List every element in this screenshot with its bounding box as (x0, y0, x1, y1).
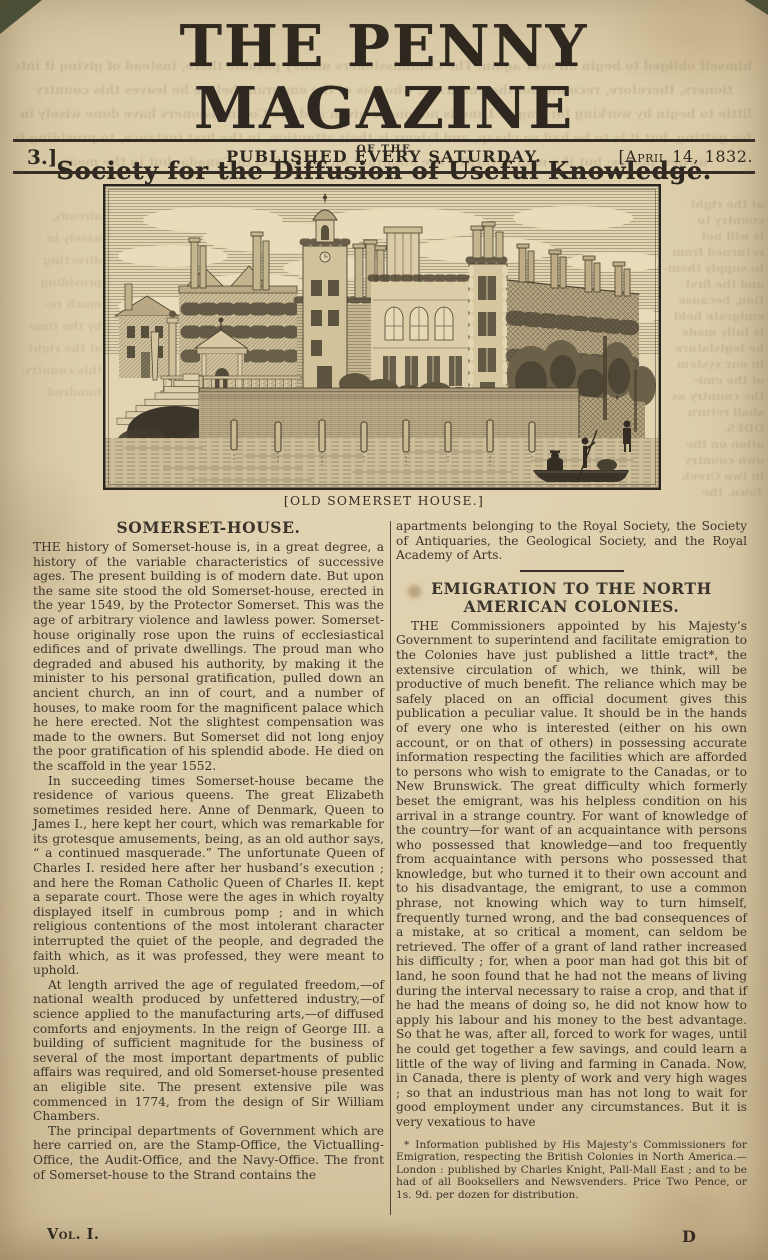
ghost-line: hundred (2, 381, 102, 403)
ghost-line: providing (2, 271, 102, 293)
ghost-line: country to (664, 212, 764, 228)
ghost-line: the country as (664, 388, 764, 404)
ghost-line: is fully made (664, 324, 764, 340)
ghost-line: is will not (664, 228, 764, 244)
rule-top (13, 139, 755, 142)
somerset-paragraphs: THE history of Somerset-house is, in a g… (33, 540, 384, 1182)
rule-bottom (13, 171, 755, 174)
ghost-line: directing (2, 249, 102, 271)
ghost-line: already, (2, 205, 102, 227)
volume-label: Vol. I. (47, 1226, 99, 1243)
ghost-line: to supply them- (664, 260, 764, 276)
ghost-line: and the first (664, 276, 764, 292)
ghost-line: he legislature (664, 340, 764, 356)
article-paragraph: THE history of Somerset-house is, in a g… (33, 540, 384, 774)
somerset-article: SOMERSET-HOUSE. THE history of Somerset-… (33, 519, 384, 1182)
corner-tear-top-right (742, 0, 768, 15)
ghost-line: own country (664, 452, 764, 468)
ghost-line: this country, (2, 359, 102, 381)
ghost-line: tion, because (664, 292, 764, 308)
article-paragraph: In succeeding times Somerset-house becam… (33, 774, 384, 978)
ghost-line: wisely in (2, 227, 102, 249)
ghost-line: returned from (664, 244, 764, 260)
emigration-heading: EMIGRATION TO THE NORTH AMERICAN COLONIE… (402, 580, 742, 616)
emigration-column: apartments belonging to the Royal Societ… (396, 519, 747, 1202)
page: himself obliged to begin all over again.… (0, 0, 768, 1260)
issue-bar: 3.] PUBLISHED EVERY SATURDAY. [April 14,… (13, 143, 755, 170)
ghost-line: much re- (2, 293, 102, 315)
ghost-line: in two Greek (664, 468, 764, 484)
show-through-text: already,wisely indirectingprovidingmuch … (2, 205, 102, 495)
signature-mark: D (682, 1227, 696, 1246)
continuation-paragraph: apartments belonging to the Royal Societ… (396, 519, 747, 563)
column-divider (390, 521, 391, 1215)
ghost-line: of the emi- (664, 372, 764, 388)
emigration-paragraphs: THE Commissioners appointed by his Majes… (396, 619, 747, 1130)
ghost-line: at the right (2, 337, 102, 359)
paper-stain (180, 1222, 520, 1260)
article-paragraph: At length arrived the age of regulated f… (33, 978, 384, 1124)
ghost-line: in our system (664, 356, 764, 372)
magazine-title: THE PENNY MAGAZINE (0, 16, 768, 140)
ghost-line: by the time (2, 315, 102, 337)
somerset-house-illustration (103, 184, 661, 490)
show-through-text: at the rightcountry tois will notreturne… (664, 196, 764, 496)
ghost-line: emigrate held (664, 308, 764, 324)
section-divider-rule (520, 570, 624, 572)
issue-number: 3.] (13, 145, 57, 169)
ghost-line: at the right (664, 196, 764, 212)
engraving-figure (103, 184, 661, 490)
ghost-line: ation on the (664, 436, 764, 452)
publication-schedule: PUBLISHED EVERY SATURDAY. (226, 147, 542, 166)
issue-date: [April 14, 1832. (618, 147, 755, 166)
somerset-heading: SOMERSET-HOUSE. (33, 519, 384, 537)
ghost-line: shall return (664, 404, 764, 420)
footnote: * Information published by His Majesty’s… (396, 1139, 747, 1202)
engraving-caption: [OLD SOMERSET HOUSE.] (0, 494, 768, 508)
article-paragraph: The principal departments of Government … (33, 1124, 384, 1182)
ghost-line: ODES. (664, 420, 764, 436)
article-paragraph: THE Commissioners appointed by his Majes… (396, 619, 747, 1130)
